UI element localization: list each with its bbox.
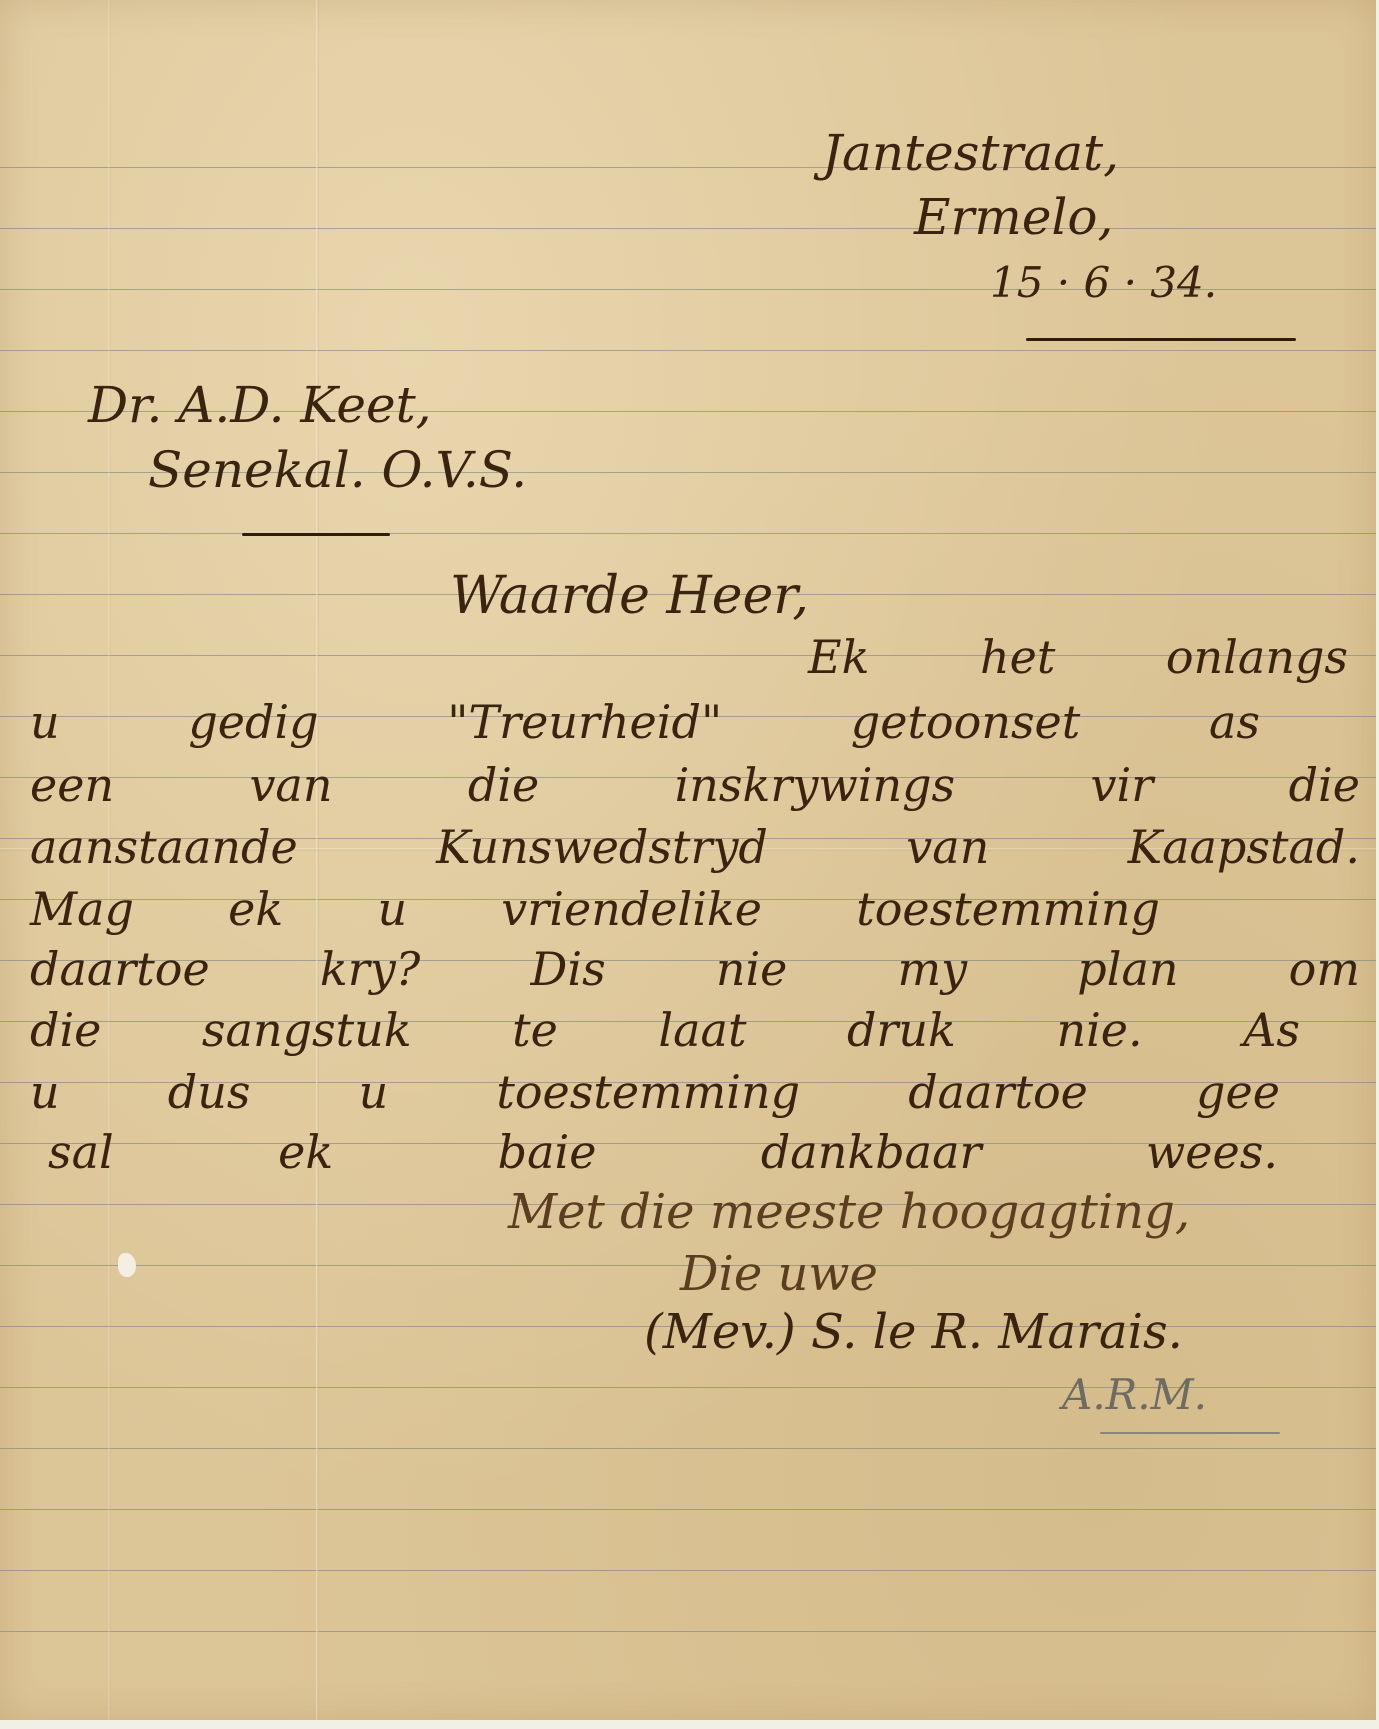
body-line-5: Magekuvriendeliketoestemming [30,882,1160,936]
body-line-4: aanstaandeKunswedstrydvanKaapstad. [30,820,1360,874]
address-town: Ermelo, [914,192,1113,242]
recipient-name: Dr. A.D. Keet, [88,380,432,430]
body-line-2: ugedig"Treurheid"getoonsetas [30,695,1260,749]
address-street: Jantestraat, [822,128,1119,178]
body-line-3: eenvandieinskrywingsvirdie [30,758,1360,812]
closing-die-uwe: Die uwe [680,1250,878,1298]
body-line-8: udusutoestemmingdaartoegee [30,1065,1280,1119]
signature: (Mev.) S. le R. Marais. [644,1308,1183,1356]
body-line-1: Ekhetonlangs [808,630,1348,684]
pencil-initials: A.R.M. [1062,1374,1207,1416]
recipient-underline [242,533,390,536]
body-line-9: salekbaiedankbaarwees. [48,1125,1278,1179]
letter-page: Jantestraat, Ermelo, 15 · 6 · 34. Dr. A.… [0,0,1376,1720]
body-line-7: diesangstuktelaatdruknie.As [30,1003,1300,1057]
letter-date: 15 · 6 · 34. [990,262,1217,304]
paper-tear [118,1253,136,1277]
recipient-location: Senekal. O.V.S. [148,445,527,495]
closing-line: Met die meeste hoogagting, [508,1188,1190,1236]
body-line-6: daartoekry?Disniemyplanom [30,942,1360,996]
salutation: Waarde Heer, [450,570,809,622]
initials-underline [1100,1432,1280,1434]
date-underline [1026,338,1296,341]
